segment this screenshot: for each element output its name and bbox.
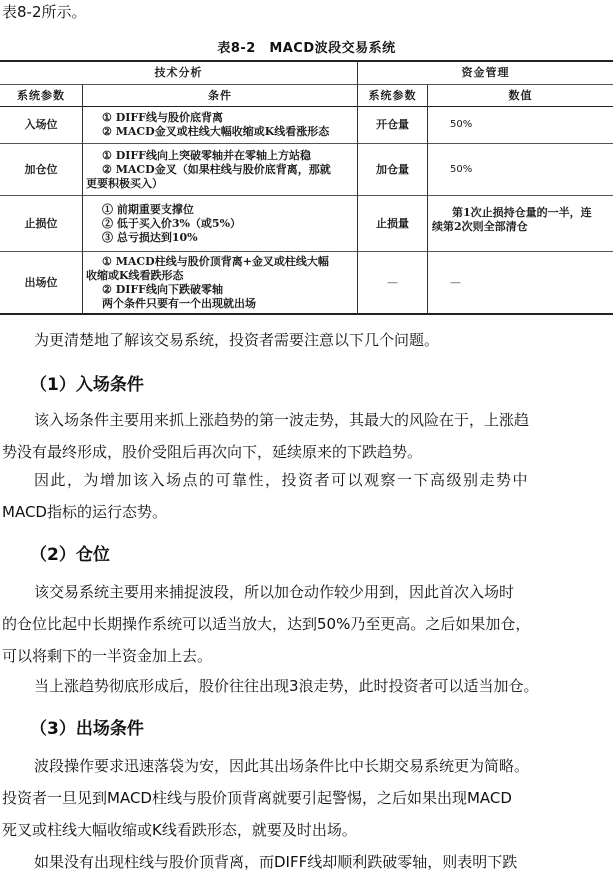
paragraph-exit-2: 如果没有出现柱线与股价顶背离，而DIFF线却顺利跌破零轴，则表明下跌 [2,846,611,870]
macd-trading-system-table: 技术分析 资金管理 系统参数 条件 系统参数 数值 入场位 ① DIFF线与股价… [0,60,613,314]
table-bottom-rule [0,313,613,315]
paragraph-exit-1: 波段操作要求迅速落袋为安，因此其出场条件比中长期交易系统更为简略。 投资者一旦见… [2,750,611,846]
value-line: 第1次止损持仓量的一半，连 [432,206,612,220]
condition-line: 两个条件只要有一个出现就出场 [86,297,358,311]
paragraph-intro: 为更清楚地了解该交易系统，投资者需要注意以下几个问题。 [2,324,611,356]
condition-line: 收缩或K线看跌形态 [86,269,358,283]
row-exit-conditions: ① MACD柱线与股价顶背离+金叉或柱线大幅 收缩或K线看跌形态 ② DIFF线… [84,252,358,313]
row-stop-param: 止损位 [0,196,82,251]
text-line: 当上涨趋势彻底形成后，股价往往出现3浪走势，此时投资者可以适当加仓。 [2,670,611,702]
condition-line: ② MACD金叉（如果柱线与股价底背离，那就 [86,163,358,177]
row-stop-value: 第1次止损持仓量的一半，连 续第2次则全部清仓 [430,196,612,244]
text-line: MACD指标的运行态势。 [2,496,611,528]
condition-line: ① DIFF线与股价底背离 [86,111,358,125]
row-exit-param: 出场位 [0,252,82,313]
condition-line: ② MACD金叉或柱线大幅收缩或K线看涨形态 [86,125,358,139]
condition-line: 更要积极买入） [86,177,358,191]
text-line: 该入场条件主要用来抓上涨趋势的第一波走势，其最大的风险在于，上涨趋 [2,404,611,436]
text-line: 如果没有出现柱线与股价顶背离，而DIFF线却顺利跌破零轴，则表明下跌 [2,846,611,870]
heading-position: （2）仓位 [30,540,110,565]
row-entry-param: 入场位 [0,107,82,143]
row-entry-money-param: 开仓量 [358,107,427,143]
text-line: 波段操作要求迅速落袋为安，因此其出场条件比中长期交易系统更为简略。 [2,750,611,782]
row-add-money-param: 加仓量 [358,144,427,195]
table-caption: 表8-2 MACD波段交易系统 [0,37,613,56]
col-header-condition: 条件 [83,85,357,106]
intro-line: 表8-2所示。 [2,2,87,22]
text-line: 投资者一旦见到MACD柱线与股价顶背离就要引起警惕，之后如果出现MACD [2,782,611,814]
row-entry-value: 50% [450,107,472,143]
paragraph-entry-1: 该入场条件主要用来抓上涨趋势的第一波走势，其最大的风险在于，上涨趋 势没有最终形… [2,404,611,468]
row-add-value: 50% [450,144,472,195]
heading-entry-conditions: （1）入场条件 [30,370,144,395]
col-header-param: 系统参数 [0,85,82,106]
text-line: 因此，为增加该入场点的可靠性，投资者可以观察一下高级别走势中 [2,464,611,496]
text-line: 可以将剩下的一半资金加上去。 [2,640,611,672]
heading-exit-conditions: （3）出场条件 [30,714,144,739]
condition-line: ③ 总亏损达到10% [86,231,358,245]
paragraph-position-2: 当上涨趋势彻底形成后，股价往往出现3浪走势，此时投资者可以适当加仓。 [2,670,611,702]
text-line: 的仓位比起中长期操作系统可以适当放大，达到50%乃至更高。之后如果加仓， [2,608,611,640]
row-exit-money-param: — [358,252,427,313]
condition-line: ① 前期重要支撑位 [86,203,358,217]
text-line: 死叉或柱线大幅收缩或K线看跌形态，就要及时出场。 [2,814,611,846]
paragraph-position-1: 该交易系统主要用来捕捉波段，所以加仓动作较少用到，因此首次入场时 的仓位比起中长… [2,576,611,672]
condition-line: ① DIFF线向上突破零轴并在零轴上方站稳 [86,149,358,163]
row-add-conditions: ① DIFF线向上突破零轴并在零轴上方站稳 ② MACD金叉（如果柱线与股价底背… [84,144,358,195]
row-add-param: 加仓位 [0,144,82,195]
condition-line: ② DIFF线向下跌破零轴 [86,283,358,297]
col-divider-3 [427,85,428,314]
row-stop-money-param: 止损量 [358,196,427,251]
text-line: 该交易系统主要用来捕捉波段，所以加仓动作较少用到，因此首次入场时 [2,576,611,608]
condition-line: ① MACD柱线与股价顶背离+金叉或柱线大幅 [86,255,358,269]
group-header-technical: 技术分析 [0,62,357,84]
col-divider-1 [82,85,83,314]
paragraph-entry-2: 因此，为增加该入场点的可靠性，投资者可以观察一下高级别走势中 MACD指标的运行… [2,464,611,528]
row-exit-value: — [450,252,461,313]
condition-line: ② 低于买入价3%（或5%） [86,217,358,231]
row-stop-conditions: ① 前期重要支撑位 ② 低于买入价3%（或5%） ③ 总亏损达到10% [84,196,358,251]
group-header-money: 资金管理 [358,62,613,84]
col-header-money-param: 系统参数 [358,85,427,106]
row-entry-conditions: ① DIFF线与股价底背离 ② MACD金叉或柱线大幅收缩或K线看涨形态 [84,107,358,143]
col-header-value: 数值 [428,85,613,106]
value-line: 续第2次则全部清仓 [432,220,612,234]
text-line: 为更清楚地了解该交易系统，投资者需要注意以下几个问题。 [2,324,611,356]
